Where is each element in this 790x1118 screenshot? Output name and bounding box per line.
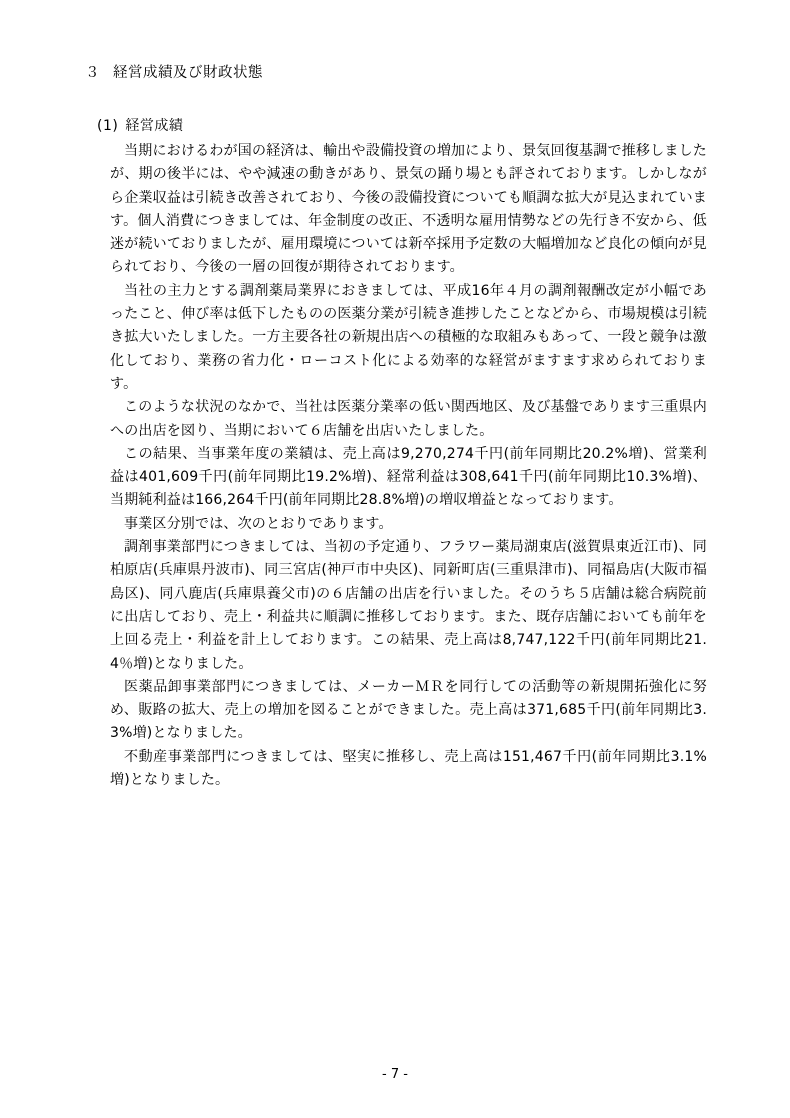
paragraph-industry-overview: 当社の主力とする調剤薬局業界におきましては、平成16年４月の調剤報酬改定が小幅で…: [110, 280, 707, 396]
paragraph-store-openings: このような状況のなかで、当社は医薬分業率の低い関西地区、及び基盤であります三重県…: [110, 396, 707, 443]
subsection-heading: (1) 経営成績: [97, 116, 183, 136]
paragraph-segment-intro: 事業区分別では、次のとおりであります。: [110, 513, 707, 536]
paragraph-realestate-segment: 不動産事業部門につきましては、堅実に推移し、売上高は151,467千円(前年同期…: [110, 746, 707, 793]
section-heading: ３ 経営成績及び財政状態: [85, 63, 263, 83]
section-title: 経営成績及び財政状態: [113, 63, 263, 83]
body-text: 当期におけるわが国の経済は、輸出や設備投資の増加により、景気回復基調で推移しまし…: [110, 140, 707, 792]
page-footer: - 7 -: [0, 1066, 790, 1084]
paragraph-financial-results: この結果、当事業年度の業績は、売上高は9,270,274千円(前年同期比20.2…: [110, 443, 707, 513]
paragraph-dispensing-segment: 調剤事業部門につきましては、当初の予定通り、フラワー薬局湖東店(滋賀県東近江市)…: [110, 536, 707, 676]
document-page: ３ 経営成績及び財政状態 (1) 経営成績 当期におけるわが国の経済は、輸出や設…: [0, 0, 790, 1118]
section-number: ３: [85, 63, 100, 83]
subsection-label: (1): [97, 116, 118, 136]
page-number: - 7 -: [382, 1067, 408, 1082]
subsection-title: 経営成績: [125, 116, 183, 136]
paragraph-wholesale-segment: 医薬品卸事業部門につきましては、メーカーＭＲを同行しての活動等の新規開拓強化に努…: [110, 676, 707, 746]
paragraph-economy-overview: 当期におけるわが国の経済は、輸出や設備投資の増加により、景気回復基調で推移しまし…: [110, 140, 707, 280]
